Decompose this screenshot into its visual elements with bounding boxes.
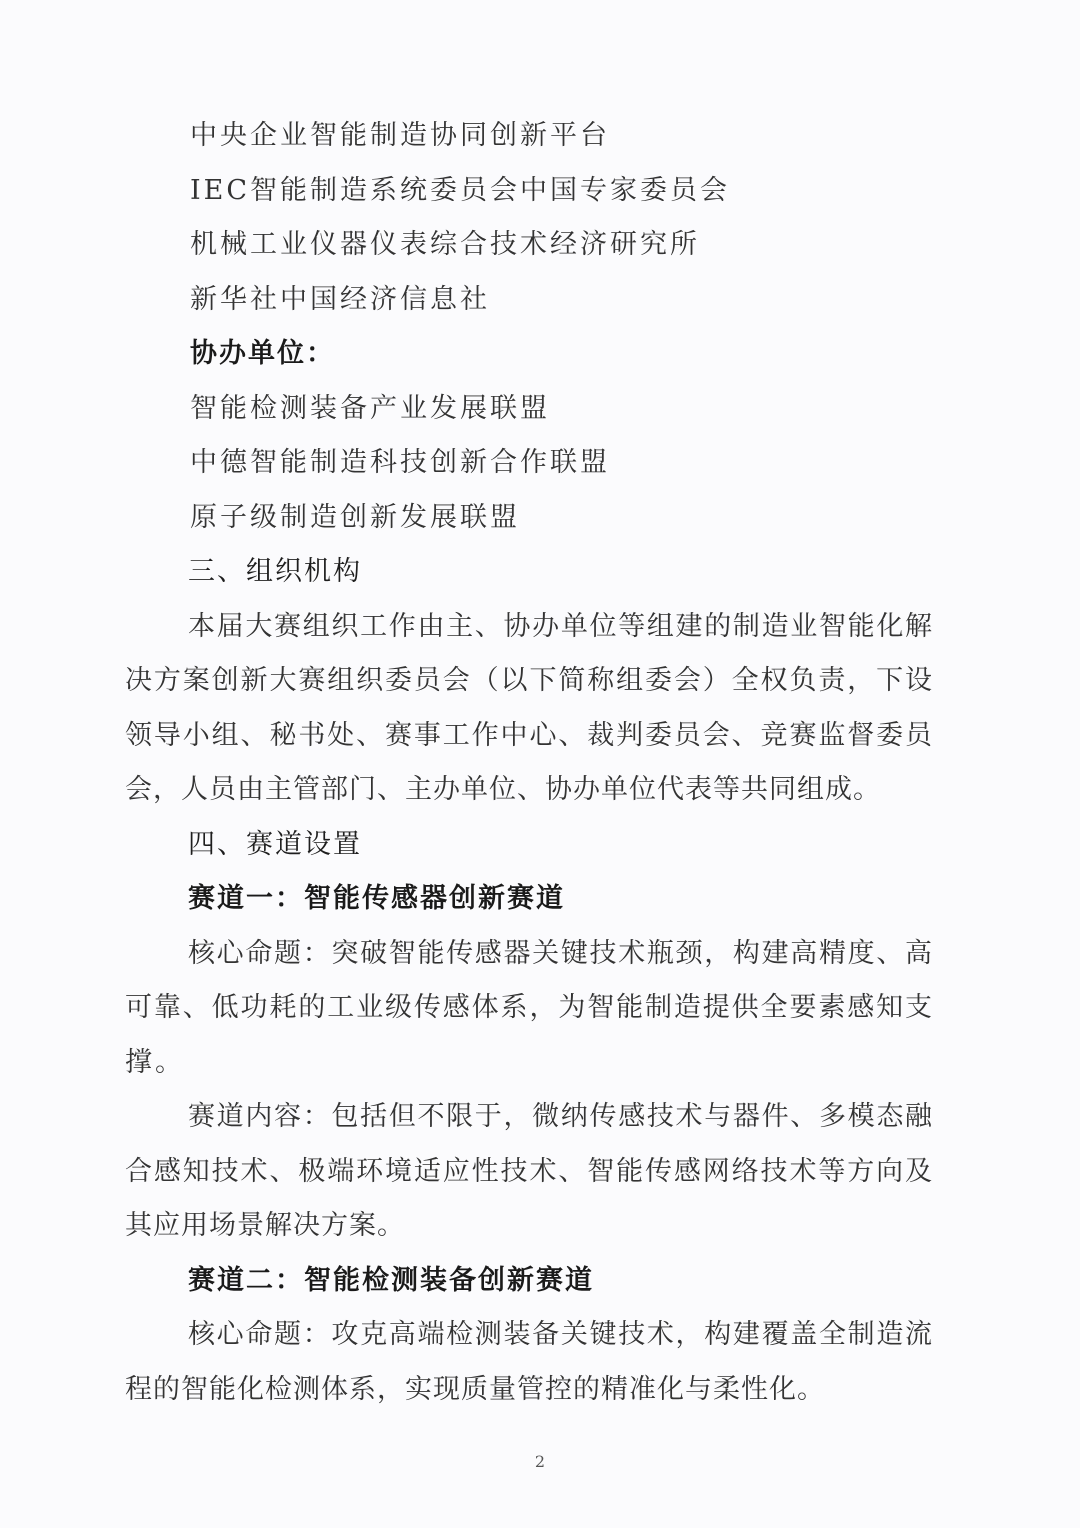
- track2-heading: 赛道二：智能检测装备创新赛道: [188, 1263, 594, 1299]
- co-organizer-item: 智能检测装备产业发展联盟: [190, 391, 550, 427]
- section-heading-organization: 三、组织机构: [188, 554, 362, 590]
- organizer-item: IEC智能制造系统委员会中国专家委员会: [190, 173, 730, 209]
- paragraph-line: 赛道内容：包括但不限于，微纳传感技术与器件、多模态融: [188, 1099, 933, 1135]
- paragraph-line: 程的智能化检测体系，实现质量管控的精准化与柔性化。: [125, 1372, 825, 1408]
- paragraph-line: 其应用场景解决方案。: [125, 1208, 405, 1244]
- page-number: 2: [0, 1452, 1080, 1471]
- paragraph-line: 撑。: [125, 1045, 185, 1081]
- organizer-item: 中央企业智能制造协同创新平台: [190, 118, 610, 154]
- co-organizer-item: 中德智能制造科技创新合作联盟: [190, 445, 610, 481]
- co-organizer-item: 原子级制造创新发展联盟: [190, 500, 520, 536]
- paragraph-line: 合感知技术、极端环境适应性技术、智能传感网络技术等方向及: [125, 1154, 933, 1190]
- paragraph-line: 决方案创新大赛组织委员会（以下简称组委会）全权负责，下设: [125, 663, 933, 699]
- section-heading-tracks: 四、赛道设置: [188, 827, 362, 863]
- paragraph-line: 本届大赛组织工作由主、协办单位等组建的制造业智能化解: [188, 609, 933, 645]
- co-organizers-heading: 协办单位：: [190, 336, 335, 372]
- paragraph-line: 核心命题：攻克高端检测装备关键技术，构建覆盖全制造流: [188, 1317, 933, 1353]
- paragraph-line: 会，人员由主管部门、主办单位、协办单位代表等共同组成。: [125, 772, 881, 808]
- paragraph-line: 核心命题：突破智能传感器关键技术瓶颈，构建高精度、高: [188, 936, 933, 972]
- paragraph-line: 领导小组、秘书处、赛事工作中心、裁判委员会、竞赛监督委员: [125, 718, 933, 754]
- document-page: 中央企业智能制造协同创新平台 IEC智能制造系统委员会中国专家委员会 机械工业仪…: [0, 0, 1080, 1528]
- track1-heading: 赛道一：智能传感器创新赛道: [188, 881, 565, 917]
- organizer-item: 机械工业仪器仪表综合技术经济研究所: [190, 227, 700, 263]
- organizer-item: 新华社中国经济信息社: [190, 282, 490, 318]
- paragraph-line: 可靠、低功耗的工业级传感体系，为智能制造提供全要素感知支: [125, 990, 933, 1026]
